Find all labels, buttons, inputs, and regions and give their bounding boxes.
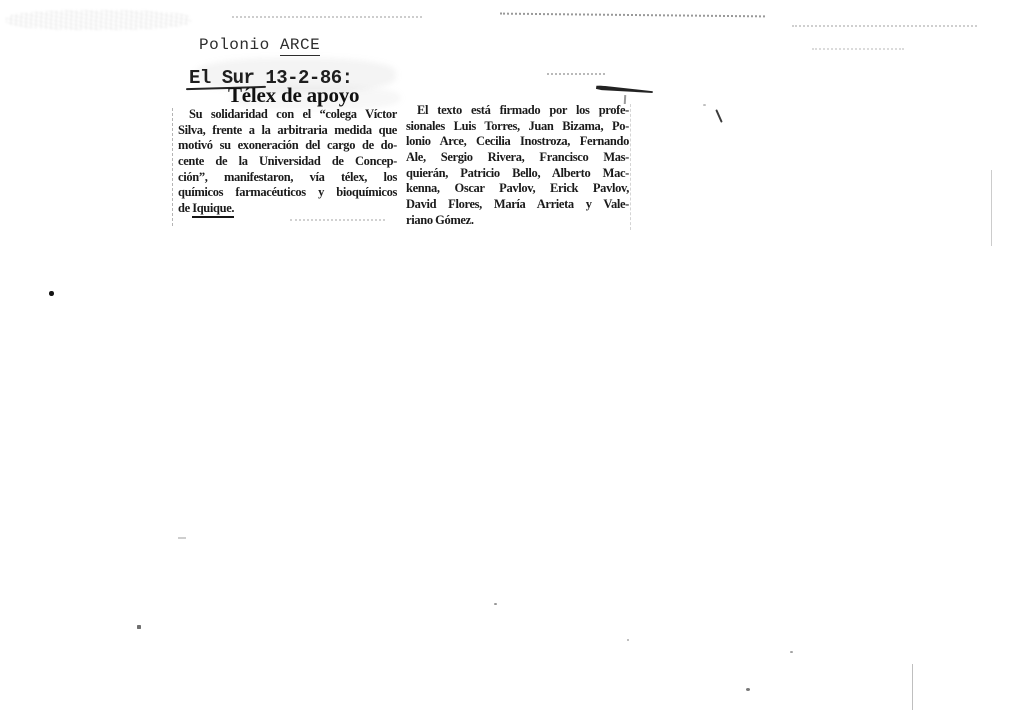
article-headline: Télex de apoyo: [228, 83, 359, 108]
scan-scratch-line: [912, 664, 913, 710]
ink-dot: [49, 291, 54, 296]
underlined-word-iquique: Iquique.: [192, 201, 234, 218]
scan-noise-dotted-line: [500, 13, 765, 18]
pen-stroke-mark: [596, 85, 653, 93]
backslash-mark: [715, 109, 723, 123]
scan-speck: [494, 603, 497, 605]
scan-speck: [137, 625, 141, 629]
clipping-right-edge: [630, 104, 631, 230]
article-line: sionales Luis Torres, Juan Bizama, Po-: [406, 119, 629, 135]
article-column-right: El texto está firmado por los profe- sio…: [406, 103, 629, 229]
scan-noise-dotted-line: [792, 25, 977, 27]
scan-speck: [703, 104, 706, 106]
article-line: Ale, Sergio Rivera, Francisco Mas-: [406, 150, 629, 166]
article-line: motivó su exoneración del cargo de do-: [178, 138, 397, 154]
article-line: quierán, Patricio Bello, Alberto Mac-: [406, 166, 629, 182]
typed-annotation-name: Polonio ARCE: [199, 36, 320, 54]
article-line: kenna, Oscar Pavlov, Erick Pavlov,: [406, 181, 629, 197]
annotation-name-prefix: Polonio: [199, 36, 280, 54]
article-line: Silva, frente a la arbitraria medida que: [178, 123, 397, 139]
article-line: de Iquique.: [178, 201, 397, 217]
scan-noise-dotted-line: [232, 16, 422, 18]
article-line: ción”, manifestaron, vía télex, los: [178, 170, 397, 186]
article-line: Su solidaridad con el “colega Víctor: [178, 107, 397, 123]
article-line: cente de la Universidad de Concep-: [178, 154, 397, 170]
scan-scratch-line: [991, 170, 992, 246]
faint-dash-mark: [547, 73, 605, 75]
article-line: riano Gómez.: [406, 213, 629, 229]
article-line: lonio Arce, Cecilia Inostroza, Fernando: [406, 134, 629, 150]
last-line-prefix: de: [178, 201, 192, 215]
scan-noise-dotted-line: [812, 48, 904, 50]
clipping-left-edge: [172, 108, 173, 226]
scan-speck: [790, 651, 793, 653]
faint-dash-mark: [290, 219, 385, 221]
pencil-smudge-top-left: [6, 10, 191, 30]
article-line: químicos farmacéuticos y bioquímicos: [178, 185, 397, 201]
article-line: David Flores, María Arrieta y Vale-: [406, 197, 629, 213]
scan-speck: [746, 688, 750, 691]
scan-speck: [178, 537, 186, 539]
annotation-name-underlined: ARCE: [280, 36, 320, 56]
scanned-newspaper-clipping-page: Polonio ARCE El Sur 13-2-86: Télex de ap…: [0, 0, 1012, 717]
article-column-left: Su solidaridad con el “colega Víctor Sil…: [178, 107, 397, 217]
scan-speck: [627, 639, 629, 641]
article-line: El texto está firmado por los profe-: [406, 103, 629, 119]
